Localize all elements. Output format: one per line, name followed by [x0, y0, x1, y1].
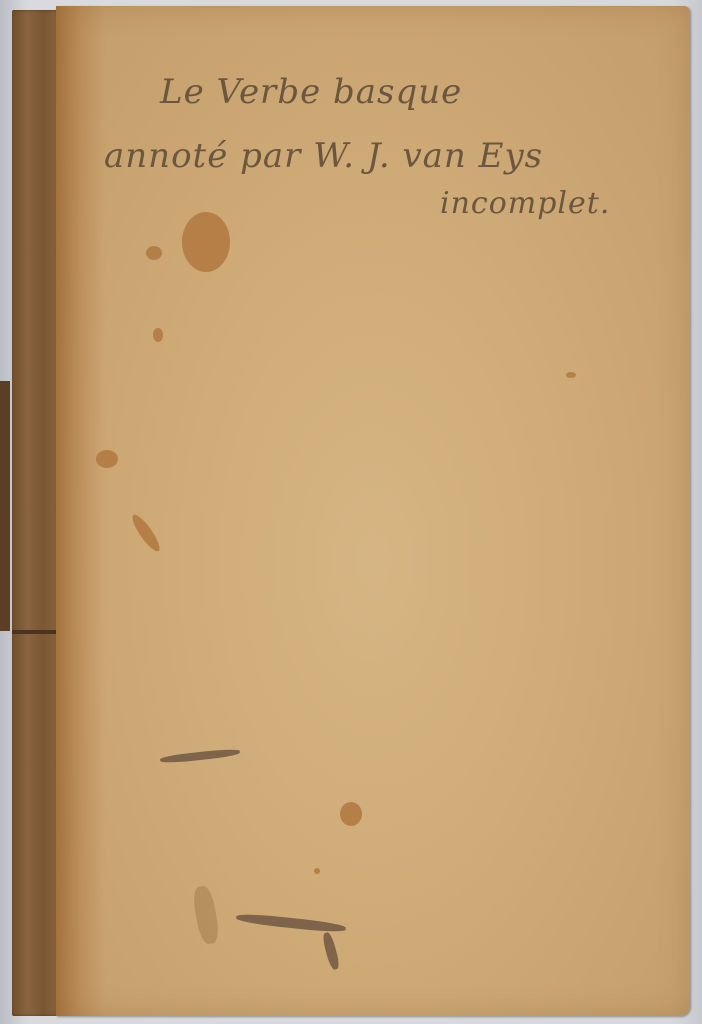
- handwritten-title: Le Verbe basque: [160, 72, 462, 112]
- handwritten-annotation: annoté par W. J. van Eys: [104, 136, 543, 176]
- ink-smear-upper: [160, 748, 240, 764]
- spine-clip: [0, 381, 10, 631]
- ink-smear-lower: [191, 885, 221, 946]
- stain-streak: [128, 512, 163, 555]
- water-stain-edge: [56, 6, 106, 1016]
- stain-tiny: [314, 868, 320, 874]
- book: Le Verbe basque annoté par W. J. van Eys…: [8, 6, 692, 1018]
- ink-smear-hook: [236, 912, 346, 933]
- stain-right: [566, 372, 576, 378]
- handwritten-note: incomplet.: [440, 186, 610, 221]
- stain-dot: [153, 328, 163, 342]
- stain-small: [146, 246, 162, 260]
- stain-lower: [340, 802, 362, 826]
- ink-smear-tail: [321, 931, 340, 970]
- stain-large: [182, 212, 230, 272]
- book-cover: Le Verbe basque annoté par W. J. van Eys…: [56, 6, 690, 1016]
- stain-left: [96, 450, 118, 468]
